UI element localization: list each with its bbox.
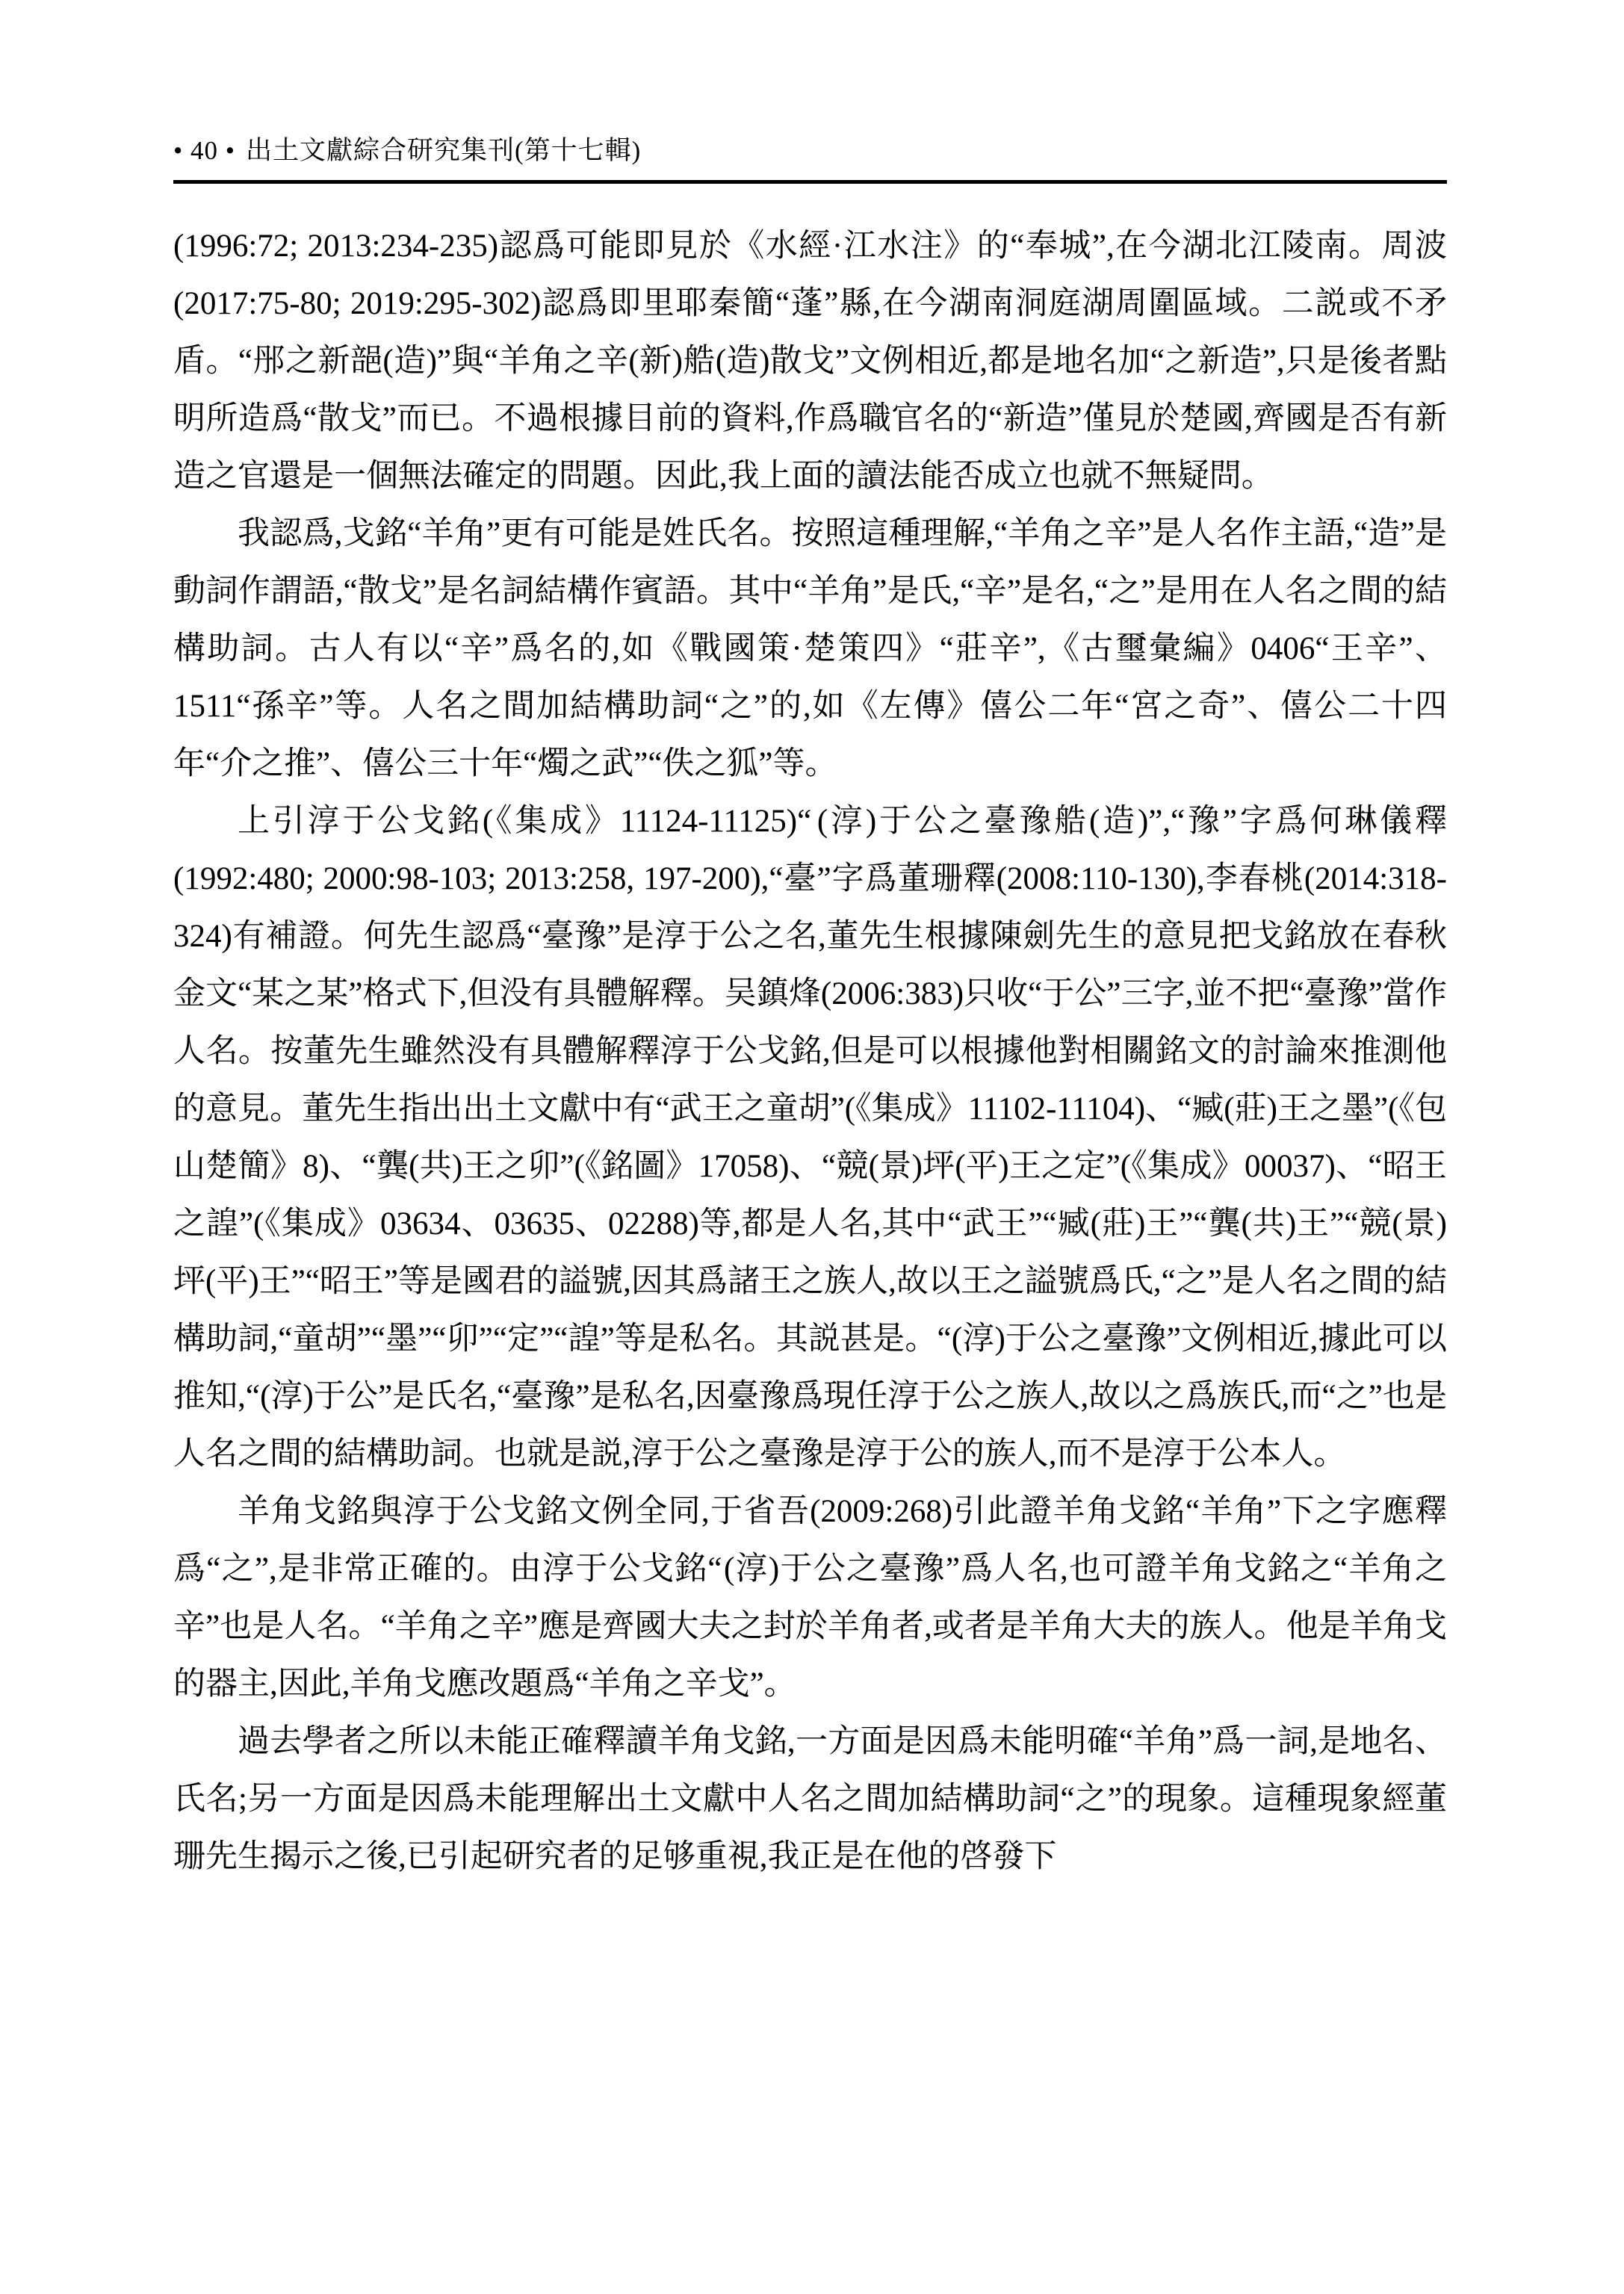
paragraph: 我認爲,戈銘“羊角”更有可能是姓氏名。按照這種理解,“羊角之辛”是人名作主語,“… <box>173 505 1447 793</box>
journal-title: 出土文獻綜合研究集刊(第十七輯) <box>246 136 641 165</box>
document-page: • 40 •出土文獻綜合研究集刊(第十七輯) (1996:72; 2013:23… <box>0 0 1624 2294</box>
article-body: (1996:72; 2013:234-235)認爲可能即見於《水經·江水注》的“… <box>173 217 1447 1885</box>
page-number: • 40 • <box>173 136 235 165</box>
paragraph-continuation: (1996:72; 2013:234-235)認爲可能即見於《水經·江水注》的“… <box>173 217 1447 505</box>
paragraph: 羊角戈銘與淳于公戈銘文例全同,于省吾(2009:268)引此證羊角戈銘“羊角”下… <box>173 1483 1447 1713</box>
running-header: • 40 •出土文獻綜合研究集刊(第十七輯) <box>173 137 1447 165</box>
header-rule <box>173 180 1447 184</box>
paragraph: 上引淳于公戈銘(《集成》11124-11125)“𦎫(淳)于公之臺豫艁(造)”,… <box>173 793 1447 1483</box>
paragraph: 過去學者之所以未能正確釋讀羊角戈銘,一方面是因爲未能明確“羊角”爲一詞,是地名、… <box>173 1713 1447 1885</box>
